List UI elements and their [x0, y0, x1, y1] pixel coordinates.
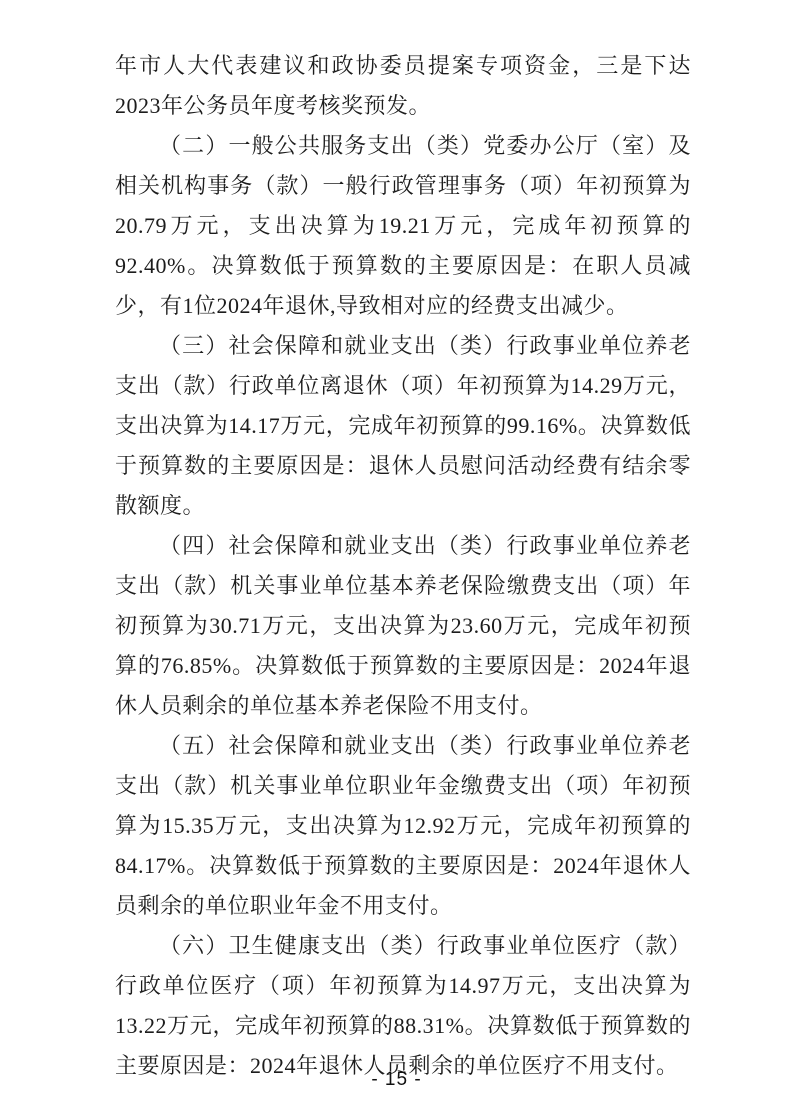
- paragraph-item-4: （四）社会保障和就业支出（类）行政事业单位养老支出（款）机关事业单位基本养老保险…: [115, 526, 691, 726]
- paragraph-item-2: （二）一般公共服务支出（类）党委办公厅（室）及相关机构事务（款）一般行政管理事务…: [115, 126, 691, 326]
- paragraph-item-6: （六）卫生健康支出（类）行政事业单位医疗（款）行政单位医疗（项）年初预算为14.…: [115, 926, 691, 1086]
- page-number: - 15 -: [0, 1069, 793, 1091]
- paragraph-item-5: （五）社会保障和就业支出（类）行政事业单位养老支出（款）机关事业单位职业年金缴费…: [115, 726, 691, 926]
- document-page: 年市人大代表建议和政协委员提案专项资金，三是下达2023年公务员年度考核奖预发。…: [0, 0, 793, 1118]
- paragraph-item-3: （三）社会保障和就业支出（类）行政事业单位养老支出（款）行政单位离退休（项）年初…: [115, 326, 691, 526]
- document-body: 年市人大代表建议和政协委员提案专项资金，三是下达2023年公务员年度考核奖预发。…: [115, 46, 691, 1086]
- paragraph-continuation: 年市人大代表建议和政协委员提案专项资金，三是下达2023年公务员年度考核奖预发。: [115, 46, 691, 126]
